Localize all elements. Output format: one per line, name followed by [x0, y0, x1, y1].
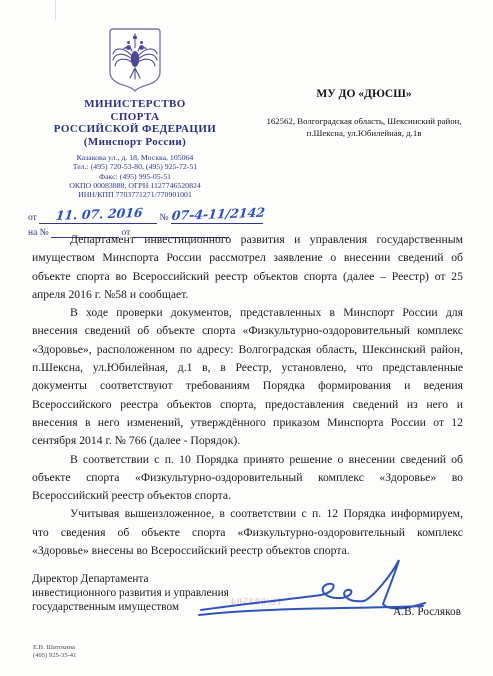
letterhead-fax-line: Факс: (495) 995-05-51	[28, 172, 242, 181]
handwritten-number: 07-4-11/2142	[171, 205, 266, 223]
date-label: от	[28, 213, 37, 224]
signer-name: А.В. Росляков	[393, 605, 461, 619]
ministry-line: РОССИЙСКОЙ ФЕДЕРАЦИИ	[28, 123, 242, 136]
letterhead-phone-line: Тел.: (495) 720-53-80, (495) 925-72-51	[28, 162, 242, 171]
letterhead-inn-line: ИНН/КПП 7703771271/770901001	[28, 190, 242, 199]
date-underline: 11. 07. 2016	[39, 208, 157, 224]
letterhead-okpo-line: ОКПО 00083888, ОГРН 1127746520824	[28, 181, 242, 190]
letterhead-address-line: Казакова ул., д. 18, Москва, 105064	[28, 153, 242, 162]
document-page: МИНИСТЕРСТВО СПОРТА РОССИЙСКОЙ ФЕДЕРАЦИИ…	[0, 0, 493, 676]
letterhead: МИНИСТЕРСТВО СПОРТА РОССИЙСКОЙ ФЕДЕРАЦИИ…	[28, 26, 242, 238]
body-paragraph: Департамент инвестиционного развития и у…	[32, 231, 463, 304]
executor-block: Е.В. Шатохина (495) 925-35-41	[33, 644, 76, 660]
signature-block: Директор Департамента инвестиционного ра…	[32, 572, 463, 642]
letterhead-contact-block: Казакова ул., д. 18, Москва, 105064 Тел.…	[28, 153, 242, 199]
ministry-line: (Минспорт России)	[28, 136, 242, 149]
executor-name: Е.В. Шатохина	[33, 644, 76, 652]
scan-artifact-line	[55, 0, 56, 20]
recipient-address-line: 162562, Волгоградская область, Шексински…	[246, 116, 482, 128]
number-underline: 07-4-11/2142	[171, 208, 263, 224]
executor-phone: (495) 925-35-41	[33, 652, 76, 660]
recipient-address-line: п.Шексна, ул.Юбилейная, д.1в	[246, 128, 482, 140]
ministry-name: МИНИСТЕРСТВО СПОРТА РОССИЙСКОЙ ФЕДЕРАЦИИ…	[28, 98, 242, 148]
ministry-line: СПОРТА	[28, 111, 242, 124]
recipient-block: МУ ДО «ДЮСШ» 162562, Волгоградская облас…	[246, 88, 482, 139]
recipient-name: МУ ДО «ДЮСШ»	[246, 88, 482, 100]
body-paragraph: Учитывая вышеизложенное, в соответствии …	[32, 505, 463, 560]
coat-of-arms-icon	[106, 26, 164, 92]
handwritten-date: 11. 07. 2016	[55, 205, 144, 223]
letter-body: Департамент инвестиционного развития и у…	[32, 231, 463, 560]
recipient-address: 162562, Волгоградская область, Шексински…	[246, 116, 482, 139]
number-label: №	[160, 213, 169, 224]
body-paragraph: В ходе проверки документов, представленн…	[32, 304, 463, 450]
body-paragraph: В соответствии с п. 10 Порядка принято р…	[32, 451, 463, 506]
outgoing-ref-row: от 11. 07. 2016 № 07-4-11/2142	[28, 208, 260, 224]
ministry-line: МИНИСТЕРСТВО	[28, 98, 242, 111]
